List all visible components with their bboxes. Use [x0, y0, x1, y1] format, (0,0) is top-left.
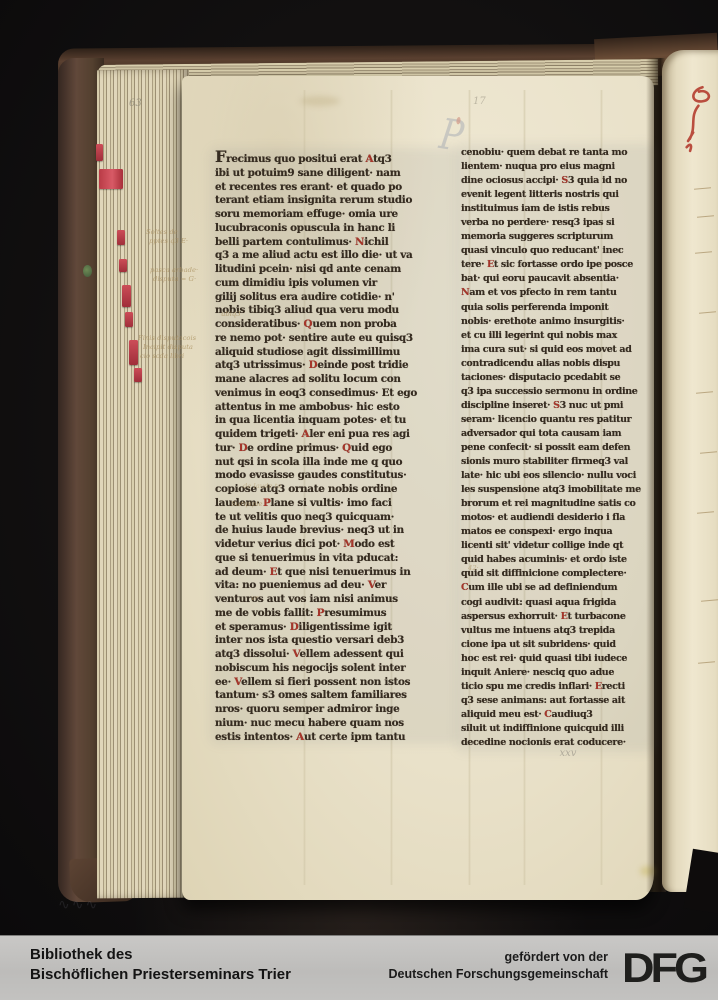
red-bookmark-tab	[119, 259, 127, 272]
manuscript-text-line: modo evasisse gaudes constitutus·	[215, 469, 457, 483]
manuscript-text-line: de huius laude brevius· neq3 ut in	[215, 524, 457, 538]
manuscript-text-line: quidem trigeti· Aler eni pua res agi	[215, 428, 457, 442]
manuscript-text-line: q3 ipa successio sermonu in ordine	[461, 385, 657, 399]
red-marginal-inscription	[672, 80, 718, 162]
right-text-column: cenobiu· quem debat re tanta molientem· …	[461, 146, 657, 750]
manuscript-text-line: ibi ut potuim9 sane diligent· nam	[215, 167, 457, 181]
manuscript-text-line: re nemo pot· sentire aute eu quisq3	[215, 332, 457, 346]
manuscript-text-line: memoria suggeres scripturum	[461, 230, 657, 244]
parchment-stain	[300, 96, 340, 106]
manuscript-text-line: hoc est rei· quid quasi tibi iudece	[461, 652, 657, 666]
margin-note: pasca arbade·	[150, 266, 198, 275]
manuscript-text-line: cenobiu· quem debat re tanta mo	[461, 146, 657, 160]
margin-note: Suripiple	[231, 500, 263, 509]
manuscript-text-line: terant etiam insignita rerum studio	[215, 194, 457, 208]
manuscript-text-line: nobis tibiq3 aliud qua veru modu	[215, 304, 457, 318]
manuscript-text-line: seram· licencio quantu res patitur	[461, 413, 657, 427]
manuscript-text-line: venimus in eoq3 consedimus· Et ego	[215, 387, 457, 401]
manuscript-text-line: ticio spu me credis inflari· Erecti	[461, 680, 657, 694]
manuscript-text-line: Frecimus quo positui erat Atq3	[215, 150, 457, 167]
manuscript-text-line: vita: no pueniemus ad deu· Ver	[215, 579, 457, 593]
manuscript-text-line: inquit Aniere· nesciq quo adue	[461, 666, 657, 680]
manuscript-text-line: videtur verius dici pot· Modo est	[215, 538, 457, 552]
margin-note: pptes q3 E·	[149, 237, 188, 246]
manuscript-text-line: soru memoriam effuge· omia ure	[215, 208, 457, 222]
red-bookmark-tab	[122, 285, 131, 307]
manuscript-text-line: decedine nocionis erat coducere·	[461, 736, 657, 750]
library-name-line2: Bischöflichen Priesterseminars Trier	[30, 965, 291, 985]
manuscript-text-line: bat· qui eoru paucavit absentia·	[461, 272, 657, 286]
manuscript-text-line: brorum et rei magnitudine satis co	[461, 497, 657, 511]
manuscript-text-line: q3 a me aliud actu est illo die· ut va	[215, 249, 457, 263]
funding-credit-line1: gefördert von der	[389, 949, 609, 966]
manuscript-text-line: nobis· erethote animo insurgitis·	[461, 315, 657, 329]
manuscript-text-line: lucubraconis opuscula in hanc li	[215, 222, 457, 236]
manuscript-text-line: cione ipa ut sit subridens· quid	[461, 638, 657, 652]
manuscript-text-line: inter nos ista questio versari deb3	[215, 634, 457, 648]
library-name-line1: Bibliothek des	[30, 945, 291, 965]
manuscript-text-line: quid sit diffinicione complectere·	[461, 567, 657, 581]
manuscript-text-line: discipline inseret· S3 nuc ut pmi	[461, 399, 657, 413]
manuscript-text-line: Nam et vos pfecto in rem tantu	[461, 286, 657, 300]
manuscript-text-line: atq3 utrissimus· Deinde post tridie	[215, 359, 457, 373]
manuscript-text-line: licenti sit' videtur collige inde qt	[461, 539, 657, 553]
manuscript-text-line: que si tenuerimus in vita pducat:	[215, 552, 457, 566]
pencil-number: 17	[473, 96, 486, 107]
manuscript-text-line: contradicendu alias nobis dispu	[461, 357, 657, 371]
manuscript-text-line: Cum ille ubi se ad definiendum	[461, 581, 657, 595]
margin-note: de laude te	[243, 482, 281, 491]
manuscript-text-line: gilij solitus era audire cotidie· n'	[215, 291, 457, 305]
red-bookmark-tab	[99, 169, 123, 189]
ghost-scribble-on-cloth: ∿∿∿	[58, 896, 99, 913]
manuscript-text-line: cogi audivit: quasi aqua frigida	[461, 596, 657, 610]
red-bookmark-tab	[96, 144, 103, 161]
left-text-column: Frecimus quo positui erat Atq3ibi ut pot…	[215, 150, 457, 744]
manuscript-text-line: siluit ut indiffinione quicquid illi	[461, 722, 657, 736]
red-bookmark-tab	[125, 312, 133, 327]
manuscript-text-line: estis intentos· Aut certe ipm tantu	[215, 731, 457, 745]
margin-note: Finis disputacois	[138, 334, 196, 343]
manuscript-text-line: late· hic ubi eos silencio· nullu voci	[461, 469, 657, 483]
manuscript-text-line: vultus me intuens atq3 trepida	[461, 624, 657, 638]
manuscript-text-line: litudini pcein· nisi qd ante cenam	[215, 263, 457, 277]
manuscript-text-line: quasi vinculo quo reducant' inec	[461, 244, 657, 258]
manuscript-text-line: dine ociosus accipi· S3 quia id no	[461, 174, 657, 188]
manuscript-text-line: et recentes res erant· et quado po	[215, 181, 457, 195]
manuscript-text-line: te ut velitis quo neq3 quicquam·	[215, 511, 457, 525]
manuscript-text-line: attentus in me ambobus· hic esto	[215, 401, 457, 415]
manuscript-text-line: consideratibus· Quem non proba	[215, 318, 457, 332]
manuscript-text-line: belli partem contulimus· Nichil	[215, 236, 457, 250]
red-bookmark-tab	[129, 340, 138, 365]
page-stack-fore-edges	[97, 70, 189, 899]
library-name: Bibliothek des Bischöflichen Priestersem…	[30, 945, 291, 985]
green-edge-mark	[83, 265, 92, 277]
manuscript-text-line: aspersus exhorruit· Et turbacone	[461, 610, 657, 624]
manuscript-text-line: nut qsi in scola illa inde me q quo	[215, 456, 457, 470]
manuscript-text-line: pene confecit· si possit eam defen	[461, 441, 657, 455]
facing-page-edge	[662, 50, 718, 892]
manuscript-text-line: nium· nuc mecu habere quam nos	[215, 717, 457, 731]
manuscript-text-line: in qua licentia inquam potes· et tu	[215, 414, 457, 428]
margin-note: Incipit disputa	[143, 343, 193, 352]
manuscript-text-line: les suspensione atq3 imobilitate me	[461, 483, 657, 497]
pencil-foliation: 63	[129, 98, 142, 109]
manuscript-text-line: instituimus iam de istis rebus	[461, 202, 657, 216]
manuscript-text-line: aliquid meu est· Caudiuq3	[461, 708, 657, 722]
funding-credit: gefördert von der Deutschen Forschungsge…	[389, 949, 609, 983]
manuscript-text-line: sionis muro stabiliter firmeq3 val	[461, 455, 657, 469]
manuscript-text-line: taciones· disputacio pcedabit se	[461, 371, 657, 385]
margin-note: cio scda libri	[140, 352, 184, 361]
funding-credit-line2: Deutschen Forschungsgemeinschaft	[389, 966, 609, 983]
manuscript-text-line: q3 sese animans: aut fortasse ait	[461, 694, 657, 708]
manuscript-text-line: me de vobis fallit: Presumimus	[215, 607, 457, 621]
manuscript-text-line: lientem· nuqua pro eius magni	[461, 160, 657, 174]
manuscript-text-line: nros· quoru semper admiror inge	[215, 703, 457, 717]
margin-note: ubiq3	[221, 310, 241, 319]
margin-note: disputa = G·	[153, 275, 196, 284]
margin-note: 42·	[468, 564, 479, 573]
manuscript-text-line: tur· De ordine primus· Quid ego	[215, 442, 457, 456]
margin-note: vr	[251, 594, 258, 603]
red-bookmark-tab	[134, 368, 142, 382]
manuscript-photo: 63 17 P xxv ∿∿∿ Frecimus quo positui era…	[0, 0, 718, 935]
manuscript-text-line: nobiscum his negocijs solent inter	[215, 662, 457, 676]
manuscript-text-line: quia solis perferenda imponit	[461, 301, 657, 315]
digitization-banner: Bibliothek des Bischöflichen Priestersem…	[0, 935, 718, 1000]
manuscript-text-line: mane alacres ad solitu locum con	[215, 373, 457, 387]
manuscript-text-line: matos ee conspexi· ergo inqua	[461, 525, 657, 539]
manuscript-text-line: et cu illi legerint qui nobis max	[461, 329, 657, 343]
red-bookmark-tab	[117, 230, 125, 245]
manuscript-text-line: tere· Et sic fortasse ordo ipe posce	[461, 258, 657, 272]
manuscript-text-line: motos· et audiendi desiderio i fla	[461, 511, 657, 525]
manuscript-text-line: verba no perdere· resq3 ipas si	[461, 216, 657, 230]
dfg-logo: DFG	[622, 942, 705, 994]
manuscript-text-line: cum dimidiu ipis volumen vir	[215, 277, 457, 291]
manuscript-text-line: aliquid studiose agit dissimillimu	[215, 346, 457, 360]
manuscript-text-line: evenit legent litteris nostris qui	[461, 188, 657, 202]
manuscript-text-line: tantum· s3 omes saltem familiares	[215, 689, 457, 703]
manuscript-text-line: ima cura sut· si quid eos movet ad	[461, 343, 657, 357]
manuscript-text-line: atq3 dissolui· Vellem adessent qui	[215, 648, 457, 662]
manuscript-text-line: ad deum· Et que nisi tenuerimus in	[215, 566, 457, 580]
manuscript-text-line: et speramus· Diligentissime igit	[215, 621, 457, 635]
manuscript-text-line: adversador qui tota causam iam	[461, 427, 657, 441]
margin-note: Soltes de	[146, 228, 178, 237]
manuscript-text-line: ee· Vellem si fieri possent non istos	[215, 676, 457, 690]
manuscript-text-line: quid habes acuminis· et ordo iste	[461, 553, 657, 567]
